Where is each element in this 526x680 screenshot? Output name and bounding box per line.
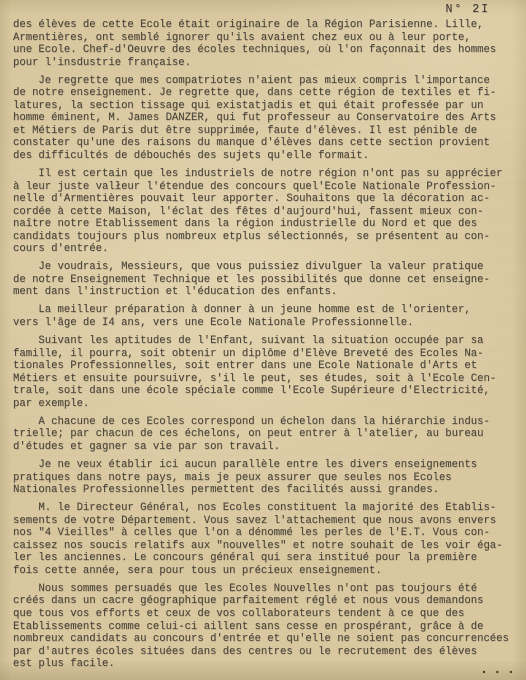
text-line: naître notre Etablissement dans la régio… [13,218,525,231]
text-line: trielle; par chacun de ces échelons, on … [13,428,525,441]
text-line: de notre Enseignement Technique et les p… [13,274,525,287]
text-line: par exemple. [13,398,525,411]
paragraph: M. le Directeur Général, nos Ecoles cons… [13,502,525,577]
text-line: Suivant les aptitudes de l'Enfant, suiva… [13,335,525,348]
paragraph: La meilleur préparation à donner à un je… [13,304,525,329]
text-line: candidats toujours plus nombreux etplus … [13,231,525,244]
text-line: A chacune de ces Ecoles correspond un éc… [13,416,525,429]
text-line: des élèves de cette Ecole était originai… [13,19,525,32]
document-body: des élèves de cette Ecole était originai… [13,19,525,676]
text-line: Etablissements comme celui-ci aillent sa… [13,621,525,634]
text-line: Je voudrais, Messieurs, que vous puissie… [13,261,525,274]
text-line: et Métiers de Paris dut être supprimée, … [13,125,525,138]
text-line: par d'autres écoles situées dans des cen… [13,646,525,659]
text-line: Nous sommes persuadés que les Ecoles Nou… [13,583,525,596]
text-line: nos "4 Vieilles" à celles que l'on a dén… [13,527,525,540]
document-page: N° 2I des élèves de cette Ecole était or… [0,0,526,680]
text-line: d'études et gagner sa vie par son travai… [13,441,525,454]
text-line: homme éminent, M. James DANZER, qui fut … [13,112,525,125]
text-line: que tous vos efforts et ceux de vos coll… [13,608,525,621]
text-line: La meilleur préparation à donner à un je… [13,304,525,317]
text-line: Armentières, ont semblé ignorer qu'ils a… [13,32,525,45]
text-line: vers l'âge de I4 ans, vers une Ecole Nat… [13,317,525,330]
text-line: de notre enseignement. Je regrette que, … [13,87,525,100]
text-line: nombreux candidats au concours d'entrée … [13,633,525,646]
text-line: trale, soit dans une école spéciale comm… [13,385,525,398]
text-line: Je regrette que mes compatriotes n'aient… [13,75,525,88]
page-number: N° 2I [445,3,490,16]
text-line: Nationales Professionnelles permettent d… [13,484,525,497]
text-line: ler les anciennes. Le concours général q… [13,552,525,565]
text-line: nelle d'Armentières pouvait leur apporte… [13,193,525,206]
text-line: caissez nos soucis relatifs aux "nouvell… [13,540,525,553]
text-line: pratiques dans notre pays, mais je peux … [13,472,525,485]
text-line: Il est certain que les industriels de no… [13,168,525,181]
text-line: latures, la section tissage qui existatj… [13,100,525,113]
paragraph: Suivant les aptitudes de l'Enfant, suiva… [13,335,525,410]
paragraph: A chacune de ces Ecoles correspond un éc… [13,416,525,454]
text-line: Métiers et ensuite poursuivre, s'il le p… [13,373,525,386]
paragraph: Je ne veux établir ici aucun parallèle e… [13,459,525,497]
text-line: des difficultés de débouchés des sujets … [13,150,525,163]
text-line: est plus facile. [13,658,525,671]
paragraph: Il est certain que les industriels de no… [13,168,525,256]
paragraph: Nous sommes persuadés que les Ecoles Nou… [13,583,525,671]
paragraph: des élèves de cette Ecole était originai… [13,19,525,69]
paragraph: Je voudrais, Messieurs, que vous puissie… [13,261,525,299]
text-line: constater qu'une des raisons du manque d… [13,137,525,150]
text-line: à leur juste valłeur l'étendue des conco… [13,181,525,194]
paragraph: Je regrette que mes compatriotes n'aient… [13,75,525,163]
text-line: fois cette année, sera pour tous un préc… [13,565,525,578]
text-line: une Ecole. Chef-d'Oeuvre des écoles tech… [13,44,525,57]
continuation-dots: ... [480,662,520,678]
text-line: famille, il pourra, soit obtenir un dipl… [13,348,525,361]
text-line: ment dans l'instruction et l'éducation d… [13,286,525,299]
text-line: créés dans un cacre géographique parfait… [13,595,525,608]
text-line: pour l'insdustrie française. [13,57,525,70]
text-line: M. le Directeur Général, nos Ecoles cons… [13,502,525,515]
text-line: cours d'entrée. [13,243,525,256]
text-line: Je ne veux établir ici aucun parallèle e… [13,459,525,472]
text-line: tionales Professionnelles, soit entrer d… [13,360,525,373]
text-line: cordée à cette Maison, l'éclat des fêtes… [13,206,525,219]
text-line: sements de votre Département. Vous savez… [13,515,525,528]
